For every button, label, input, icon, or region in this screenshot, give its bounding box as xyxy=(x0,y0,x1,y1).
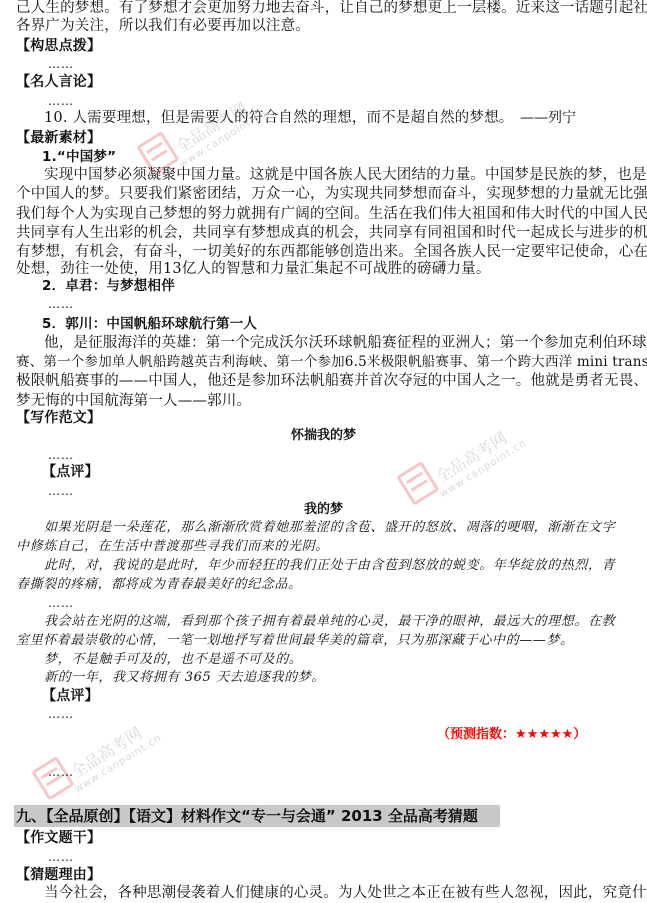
intro-line: 各界广为关注，所以我们有必要再加以注意。 xyxy=(16,16,310,36)
prediction-rating: （预测指数：★★★★★） xyxy=(437,723,586,742)
section-heading-fanwen: 【写作范文】 xyxy=(16,408,101,428)
section-9-title: 九、【全品原创】【语文】材料作文“专一与会通” 2013 全品高考猜题 xyxy=(16,805,478,827)
rating-stars-icon: ★★★★★ xyxy=(515,727,573,742)
ellipsis: …… xyxy=(48,294,74,314)
ellipsis: …… xyxy=(48,704,74,724)
essay-2-line: 如果光阴是一朵莲花，那么渐渐欣赏着她那羞涩的含苞、盛开的怒放、凋落的哽咽，渐渐在… xyxy=(44,518,615,538)
section-heading-tigan: 【作文题干】 xyxy=(16,828,101,848)
quote-author: ——列宁 xyxy=(520,108,576,128)
essay-2-line: 新的一年，我又将拥有 365 天去追逐我的梦。 xyxy=(44,668,325,688)
essay-2-line: 中修炼自己，在生活中普渡那些寻我们而来的光阴。 xyxy=(16,537,329,557)
document-page: 全品高考网 www.canpoint.cn 全品高考网 www.canpoint… xyxy=(0,0,647,903)
material-1-line: 个中国人的梦。只要我们紧密团结，万众一心，为实现共同梦想而奋斗，实现梦想的力量就… xyxy=(16,184,647,204)
section-heading-dianping: 【点评】 xyxy=(42,686,99,706)
reason-line: 当今社会，各种思潮侵袭着人们健康的心灵。为人处世之本正在被有些人忽视，因此，究竟… xyxy=(44,883,647,903)
ellipsis: …… xyxy=(48,593,74,613)
essay-2-line: 我会站在光阴的这端，看到那个孩子拥有着最单纯的心灵，最干净的眼神，最远大的理想。… xyxy=(44,612,615,632)
essay-2-line: 此时，对，我说的是此时，年少而轻狂的我们正处于由含苞到怒放的蜕变。年华绽放的热烈… xyxy=(44,556,615,576)
material-5-line: 赛、第一个参加单人帆船跨越英吉利海峡、第一个参加6.5米极限帆船赛事、第一个跨大… xyxy=(16,352,647,372)
material-1-line: 实现中国梦必须凝聚中国力量。这就是中国各族人民大团结的力量。中国梦是民族的梦，也… xyxy=(44,165,647,185)
section-heading-gousi: 【构思点拨】 xyxy=(16,36,101,56)
essay-2-line: 梦，不是触手可及的，也不是遥不可及的。 xyxy=(44,650,302,670)
material-1-line: 我们每个人为实现自己梦想的努力就拥有广阔的空间。生活在我们伟大祖国和伟大时代的中… xyxy=(16,204,647,224)
ellipsis: …… xyxy=(48,481,74,501)
ellipsis: …… xyxy=(48,54,74,74)
essay-1-title: 怀揣我的梦 xyxy=(0,426,647,446)
essay-2-title: 我的梦 xyxy=(0,500,647,520)
prediction-label: （预测指数： xyxy=(437,727,515,742)
quote-text: 10. 人需要理想，但是需要人的符合自然的理想，而不是超自然的梦想。 xyxy=(44,108,513,128)
essay-2-line: 室里怀着最崇敬的心情，一笔一划地抒写着世间最华美的篇章，只为那深藏于心中的——梦… xyxy=(16,631,574,651)
essay-2-line: 春撕裂的疼痛，都将成为青春最美好的纪念品。 xyxy=(16,575,302,595)
material-5-line: 极限帆船赛事的——中国人，他还是参加环法帆船赛并首次夺冠的中国人之一。他就是勇者… xyxy=(16,371,647,391)
material-1-line: 共同享有人生出彩的机会，共同享有梦想成真的机会，共同享有同祖国和时代一起成长与进… xyxy=(16,223,647,243)
material-5-line: 他，是征服海洋的英雄：第一个完成沃尔沃环球帆船赛征程的亚洲人；第一个参加克利伯环… xyxy=(44,333,647,353)
ellipsis: …… xyxy=(48,847,74,867)
material-2-title: 2．卓君：与梦想相伴 xyxy=(42,276,175,296)
section-heading-sucai: 【最新素材】 xyxy=(16,128,101,148)
section-heading-dianping: 【点评】 xyxy=(42,462,99,482)
section-heading-mingren: 【名人言论】 xyxy=(16,72,101,92)
material-1-title: 1.“中国梦” xyxy=(42,147,116,167)
section-heading-liyou: 【猜题理由】 xyxy=(16,865,101,885)
material-5-title: 5．郭川：中国帆船环球航行第一人 xyxy=(42,314,257,334)
ellipsis: …… xyxy=(48,762,74,782)
